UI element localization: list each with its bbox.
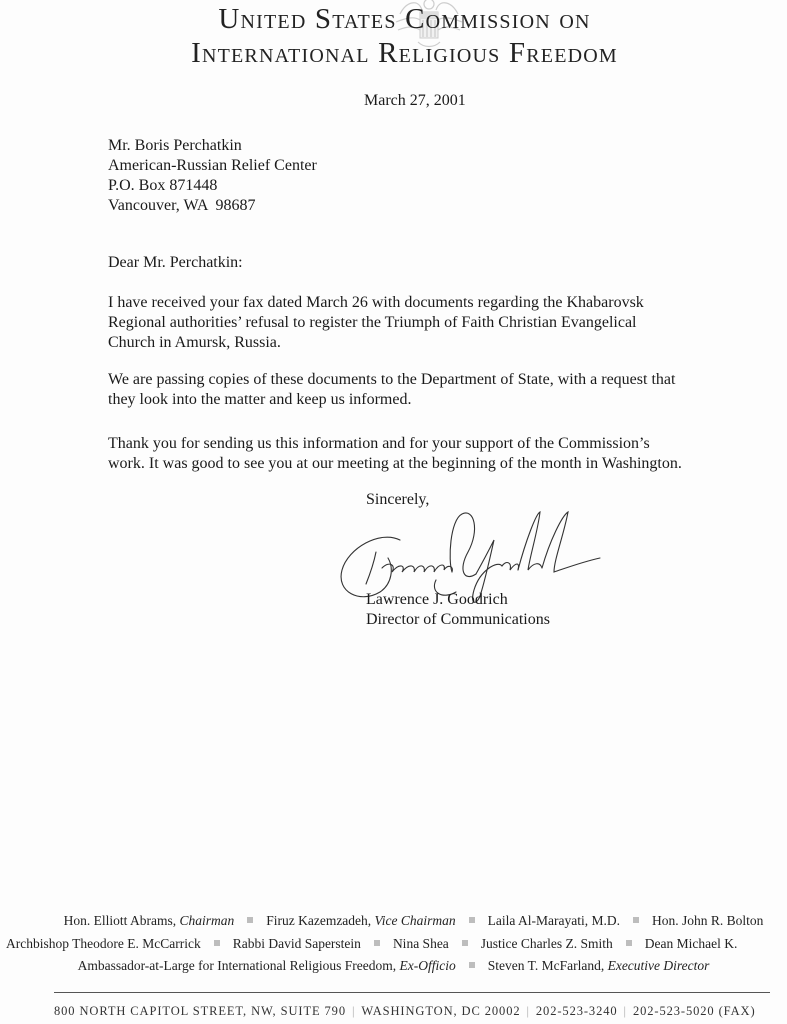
commissioner: Justice Charles Z. Smith <box>481 936 613 951</box>
letter-date: March 27, 2001 <box>364 92 466 110</box>
commissioner: Archbishop Theodore E. McCarrick <box>6 936 201 951</box>
signer-name: Lawrence J. Goodrich <box>366 590 550 610</box>
paragraph-line: they look into the matter and keep us in… <box>108 390 778 410</box>
footer-phone: 202-523-3240 <box>536 1004 618 1018</box>
pipe-separator-icon: | <box>527 1004 530 1018</box>
recipient-po-box: P.O. Box 871448 <box>108 176 317 196</box>
separator-square-icon <box>469 962 475 968</box>
paragraph-line: I have received your fax dated March 26 … <box>108 293 778 313</box>
paragraph-line: Church in Amursk, Russia. <box>108 333 778 353</box>
commissioner: Nina Shea <box>393 936 449 951</box>
separator-square-icon <box>214 940 220 946</box>
separator-square-icon <box>626 940 632 946</box>
paragraph-line: Regional authorities’ refusal to registe… <box>108 313 778 333</box>
separator-square-icon <box>633 917 639 923</box>
commissioner-row-2: Archbishop Theodore E. McCarrickRabbi Da… <box>0 933 787 956</box>
letterhead: United States Commission on Internationa… <box>0 0 787 70</box>
footer-address: 800 NORTH CAPITOL STREET, NW, SUITE 790|… <box>54 1004 770 1019</box>
letterhead-line-2: International Religious Freedom <box>0 36 787 70</box>
commissioner: Hon. Elliott Abrams, Chairman <box>64 913 235 928</box>
recipient-address: Mr. Boris Perchatkin American-Russian Re… <box>108 136 317 216</box>
commissioner: Steven T. McFarland, Executive Director <box>488 958 710 973</box>
separator-square-icon <box>469 917 475 923</box>
commissioner: Dean Michael K. <box>645 936 738 951</box>
commissioner-row-1: Hon. Elliott Abrams, ChairmanFiruz Kazem… <box>0 910 787 933</box>
footer-fax: 202-523-5020 (FAX) <box>633 1004 756 1018</box>
commissioner: Hon. John R. Bolton <box>652 913 763 928</box>
commissioner: Laila Al-Marayati, M.D. <box>488 913 620 928</box>
commissioner: Ambassador-at-Large for International Re… <box>78 958 456 973</box>
footer-divider <box>54 992 770 993</box>
letterhead-line-1: United States Commission on <box>0 2 787 36</box>
paragraph-line: We are passing copies of these documents… <box>108 370 778 390</box>
paragraph-line: Thank you for sending us this informatio… <box>108 434 778 454</box>
paragraph-line: work. It was good to see you at our meet… <box>108 454 778 474</box>
separator-square-icon <box>374 940 380 946</box>
recipient-organization: American-Russian Relief Center <box>108 156 317 176</box>
pipe-separator-icon: | <box>624 1004 627 1018</box>
separator-square-icon <box>462 940 468 946</box>
commissioner-list: Hon. Elliott Abrams, ChairmanFiruz Kazem… <box>0 910 787 978</box>
signer-title: Director of Communications <box>366 610 550 630</box>
recipient-name: Mr. Boris Perchatkin <box>108 136 317 156</box>
pipe-separator-icon: | <box>352 1004 355 1018</box>
body-paragraph-3: Thank you for sending us this informatio… <box>108 434 778 474</box>
recipient-city-state-zip: Vancouver, WA 98687 <box>108 196 317 216</box>
signer-block: Lawrence J. Goodrich Director of Communi… <box>366 590 550 630</box>
footer-street: 800 NORTH CAPITOL STREET, NW, SUITE 790 <box>54 1004 346 1018</box>
commissioner: Firuz Kazemzadeh, Vice Chairman <box>266 913 455 928</box>
footer-city: WASHINGTON, DC 20002 <box>361 1004 520 1018</box>
body-paragraph-2: We are passing copies of these documents… <box>108 370 778 410</box>
commissioner-row-3: Ambassador-at-Large for International Re… <box>0 955 787 978</box>
body-paragraph-1: I have received your fax dated March 26 … <box>108 293 778 353</box>
commissioner: Rabbi David Saperstein <box>233 936 361 951</box>
separator-square-icon <box>247 917 253 923</box>
salutation: Dear Mr. Perchatkin: <box>108 254 243 272</box>
